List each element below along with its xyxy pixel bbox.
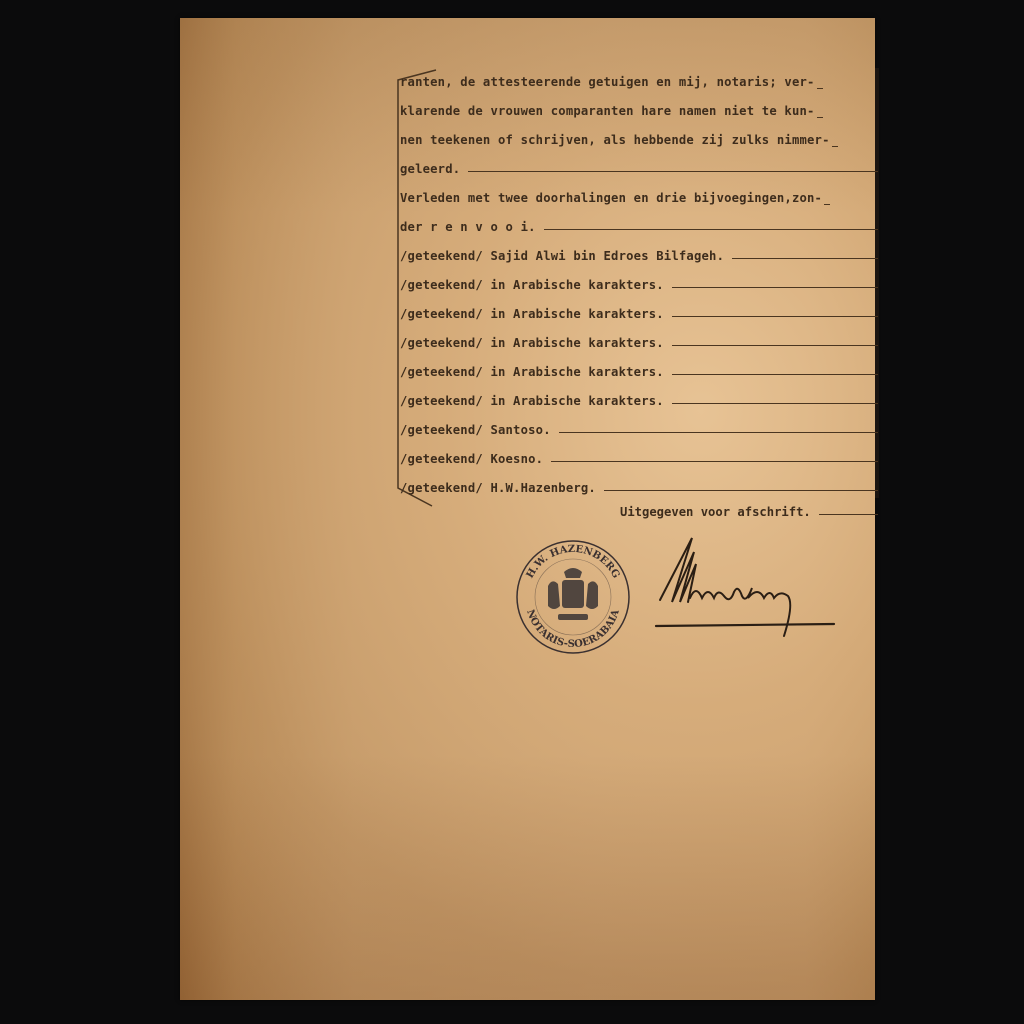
- fill-rule: [468, 171, 878, 172]
- notary-seal-icon: H.W. HAZENBERG NOTARIS-SOERABAIA: [514, 538, 632, 656]
- fill-rule: [819, 514, 878, 515]
- document-line: Verleden met twee doorhalingen en drie b…: [400, 182, 878, 211]
- document-line: /geteekend/ in Arabische karakters.: [400, 356, 878, 385]
- fill-rule: [817, 117, 823, 118]
- fill-rule: [559, 432, 878, 433]
- document-line: /geteekend/ H.W.Hazenberg.: [400, 472, 878, 501]
- document-line: /geteekend/ Sajid Alwi bin Edroes Bilfag…: [400, 240, 878, 269]
- fill-rule: [672, 287, 878, 288]
- line-text: /geteekend/ in Arabische karakters.: [400, 336, 664, 356]
- document-line: /geteekend/ in Arabische karakters.: [400, 298, 878, 327]
- document-line: nen teekenen of schrijven, als hebbende …: [400, 124, 878, 153]
- fill-rule: [544, 229, 878, 230]
- fill-rule: [832, 146, 838, 147]
- document-line: klarende de vrouwen comparanten hare nam…: [400, 95, 878, 124]
- fill-rule: [817, 88, 823, 89]
- line-text: der r e n v o o i.: [400, 220, 536, 240]
- document-line: /geteekend/ in Arabische karakters.: [400, 327, 878, 356]
- line-text: /geteekend/ Koesno.: [400, 452, 543, 472]
- line-text: /geteekend/ in Arabische karakters.: [400, 394, 664, 414]
- handwritten-signature: [650, 530, 840, 650]
- document-line: /geteekend/ in Arabische karakters.: [400, 385, 878, 414]
- document-body: ranten, de attesteerende getuigen en mij…: [400, 66, 878, 501]
- issued-note: Uitgegeven voor afschrift.: [620, 505, 811, 519]
- line-text: /geteekend/ in Arabische karakters.: [400, 278, 664, 298]
- fill-rule: [604, 490, 878, 491]
- issued-note-line: Uitgegeven voor afschrift.: [620, 505, 878, 519]
- line-text: /geteekend/ H.W.Hazenberg.: [400, 481, 596, 501]
- fill-rule: [672, 316, 878, 317]
- fill-rule: [672, 403, 878, 404]
- document-line: /geteekend/ in Arabische karakters.: [400, 269, 878, 298]
- document-line: /geteekend/ Koesno.: [400, 443, 878, 472]
- line-text: ranten, de attesteerende getuigen en mij…: [400, 75, 815, 95]
- line-text: klarende de vrouwen comparanten hare nam…: [400, 104, 815, 124]
- document-line: der r e n v o o i.: [400, 211, 878, 240]
- line-text: /geteekend/ Sajid Alwi bin Edroes Bilfag…: [400, 249, 724, 269]
- fill-rule: [672, 345, 878, 346]
- line-text: /geteekend/ Santoso.: [400, 423, 551, 443]
- document-line: geleerd.: [400, 153, 878, 182]
- fill-rule: [824, 204, 830, 205]
- document-line: /geteekend/ Santoso.: [400, 414, 878, 443]
- fill-rule: [732, 258, 878, 259]
- fill-rule: [672, 374, 878, 375]
- line-text: geleerd.: [400, 162, 460, 182]
- line-text: /geteekend/ in Arabische karakters.: [400, 307, 664, 327]
- line-text: Verleden met twee doorhalingen en drie b…: [400, 191, 822, 211]
- line-text: nen teekenen of schrijven, als hebbende …: [400, 133, 830, 153]
- line-text: /geteekend/ in Arabische karakters.: [400, 365, 664, 385]
- fill-rule: [551, 461, 878, 462]
- document-line: ranten, de attesteerende getuigen en mij…: [400, 66, 878, 95]
